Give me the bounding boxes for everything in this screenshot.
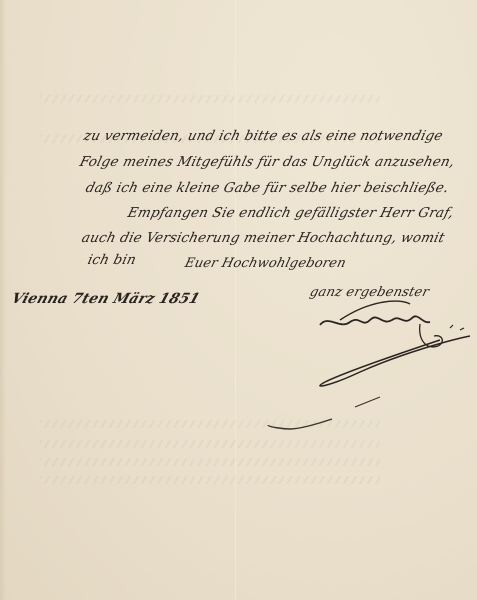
signature-flourish [260,395,390,440]
paper-fold [235,0,236,600]
body-line-2: Folge meines Mitgefühls für das Unglück … [78,154,456,170]
body-line-3: daß ich eine kleine Gabe für selbe hier … [84,180,450,196]
body-line-6: ich bin [86,252,138,268]
complimentary-close: ganz ergebenster [308,285,430,300]
body-line-5: auch die Versicherung meiner Hochachtung… [80,230,446,246]
dateline: Vienna 7ten März 1851 [9,291,201,307]
ink-bleed-through [40,458,380,466]
ink-bleed-through [40,95,380,103]
signature [300,300,477,410]
body-line-1: zu vermeiden, und ich bitte es als eine … [82,128,445,144]
body-line-4: Empfangen Sie endlich gefälligster Herr … [126,205,455,221]
ink-bleed-through [40,476,380,484]
salutation: Euer Hochwohlgeboren [183,256,347,271]
ink-bleed-through [40,440,380,448]
letter-page: zu vermeiden, und ich bitte es als eine … [0,0,477,600]
